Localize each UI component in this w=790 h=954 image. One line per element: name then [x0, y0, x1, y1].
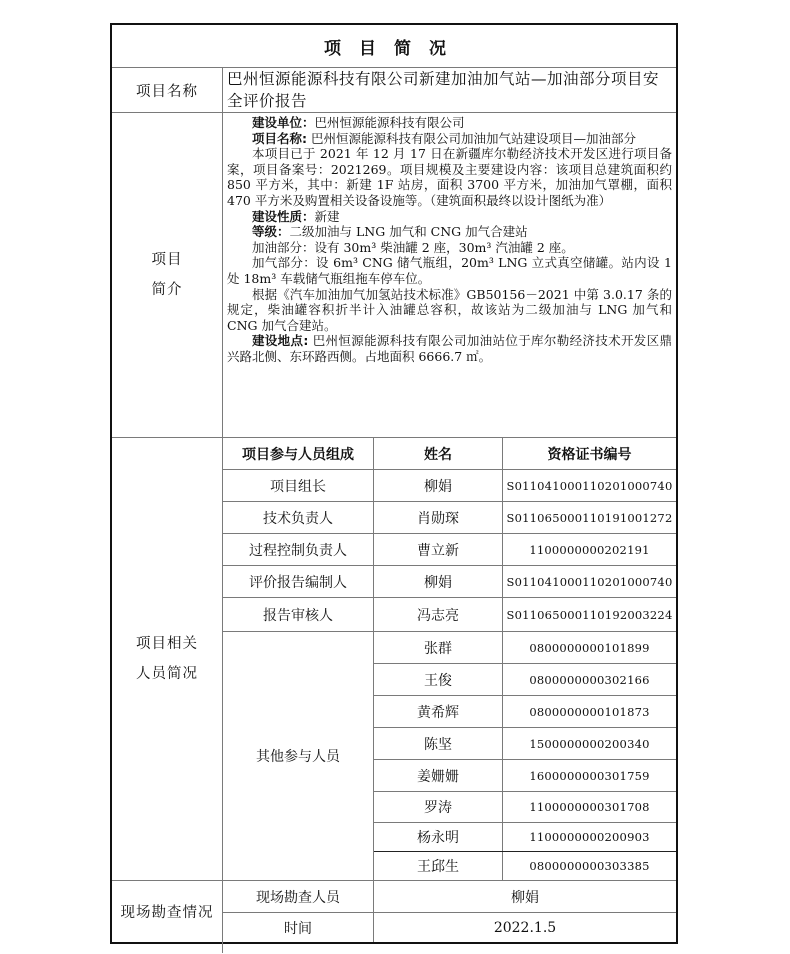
cert-cell: 0800000000302166 [503, 664, 676, 695]
role-cell: 过程控制负责人 [223, 534, 373, 565]
name-cell: 柳娟 [374, 566, 502, 597]
name-cell: 肖勋琛 [374, 502, 502, 533]
cert-cell: 1500000000200340 [503, 728, 676, 759]
cert-cell: S011041000110201000740 [503, 566, 676, 597]
cert-cell: 1100000000200903 [503, 823, 676, 851]
site-survey-label: 现场勘查情况 [112, 881, 222, 942]
cert-cell: S011065000110192003224 [503, 598, 676, 631]
nature-value: 新建 [315, 209, 340, 224]
cert-cell: 1100000000301708 [503, 792, 676, 822]
project-name-label: 项目名称 [112, 68, 222, 112]
intro-project-name-label: 项目名称 [252, 131, 302, 146]
role-cell: 报告审核人 [223, 598, 373, 631]
cert-cell: S011065000110191001272 [503, 502, 676, 533]
location-line: 建设地点: 巴州恒源能源科技有限公司加油站位于库尔勒经济技术开发区鼎兴路北侧、东… [227, 333, 672, 364]
fuel-section: 加油部分：设有 30m³ 柴油罐 2 座，30m³ 汽油罐 2 座。 [227, 240, 672, 256]
role-cell: 评价报告编制人 [223, 566, 373, 597]
name-cell: 冯志亮 [374, 598, 502, 631]
name-cell: 黄希辉 [374, 696, 502, 727]
name-cell: 柳娟 [374, 470, 502, 501]
role-cell: 技术负责人 [223, 502, 373, 533]
column-header-name: 姓名 [374, 438, 502, 469]
project-name-value: 巴州恒源能源科技有限公司新建加油加气站—加油部分项目安全评价报告 [223, 68, 676, 112]
intro-body: 建设单位：巴州恒源能源科技有限公司 项目名称: 巴州恒源能源科技有限公司加油加气… [223, 113, 676, 437]
other-participants-label: 其他参与人员 [223, 632, 373, 880]
cert-cell: S011041000110201000740 [503, 470, 676, 501]
location-label: 建设地点 [252, 333, 303, 348]
inspector-value: 柳娟 [374, 881, 676, 912]
column-header-cert: 资格证书编号 [503, 438, 676, 469]
name-cell: 罗涛 [374, 792, 502, 822]
construction-unit-label: 建设单位 [252, 115, 302, 130]
construction-unit-value: 巴州恒源能源科技有限公司 [315, 115, 465, 130]
name-cell: 陈坚 [374, 728, 502, 759]
project-overview-table: 项目简况 项目名称 巴州恒源能源科技有限公司新建加油加气站—加油部分项目安全评价… [110, 23, 678, 944]
personnel-label-line1: 项目相关 [136, 629, 198, 659]
name-cell: 王邱生 [374, 852, 502, 880]
filing-paragraph: 本项目已于 2021 年 12 月 17 日在新疆库尔勒经济技术开发区进行项目备… [227, 146, 672, 208]
intro-project-name-value: 巴州恒源能源科技有限公司加油加气站建设项目—加油部分 [311, 131, 636, 146]
nature-line: 建设性质：新建 [227, 209, 672, 225]
intro-project-name-line: 项目名称: 巴州恒源能源科技有限公司加油加气站建设项目—加油部分 [227, 131, 672, 147]
survey-time-label: 时间 [223, 913, 373, 942]
role-cell: 项目组长 [223, 470, 373, 501]
grade-line: 等级：二级加油与 LNG 加气和 CNG 加气合建站 [227, 224, 672, 240]
inspector-label: 现场勘查人员 [223, 881, 373, 912]
page-title: 项目简况 [112, 25, 676, 67]
cert-cell: 0800000000303385 [503, 852, 676, 880]
column-header-role: 项目参与人员组成 [223, 438, 373, 469]
intro-label-line1: 项目 [152, 245, 183, 275]
personnel-label-line2: 人员简况 [136, 659, 198, 689]
standard-paragraph: 根据《汽车加油加气加氢站技术标准》GB50156－2021 中第 3.0.17 … [227, 287, 672, 334]
name-cell: 杨永明 [374, 823, 502, 851]
cert-cell: 1100000000202191 [503, 534, 676, 565]
name-cell: 曹立新 [374, 534, 502, 565]
cert-cell: 0800000000101899 [503, 632, 676, 663]
name-cell: 姜姗姗 [374, 760, 502, 791]
cert-cell: 0800000000101873 [503, 696, 676, 727]
survey-time-value: 2022.1.5 [374, 913, 676, 942]
intro-label: 项目 简介 [112, 113, 222, 437]
name-cell: 张群 [374, 632, 502, 663]
gas-section: 加气部分：设 6m³ CNG 储气瓶组，20m³ LNG 立式真空储罐。站内设 … [227, 255, 672, 286]
grade-label: 等级 [252, 224, 277, 239]
intro-label-line2: 简介 [152, 275, 183, 305]
construction-unit-line: 建设单位：巴州恒源能源科技有限公司 [227, 115, 672, 131]
name-cell: 王俊 [374, 664, 502, 695]
cert-cell: 1600000000301759 [503, 760, 676, 791]
personnel-label: 项目相关 人员简况 [112, 438, 222, 880]
nature-label: 建设性质 [252, 209, 302, 224]
grade-value: 二级加油与 LNG 加气和 CNG 加气合建站 [290, 224, 528, 239]
